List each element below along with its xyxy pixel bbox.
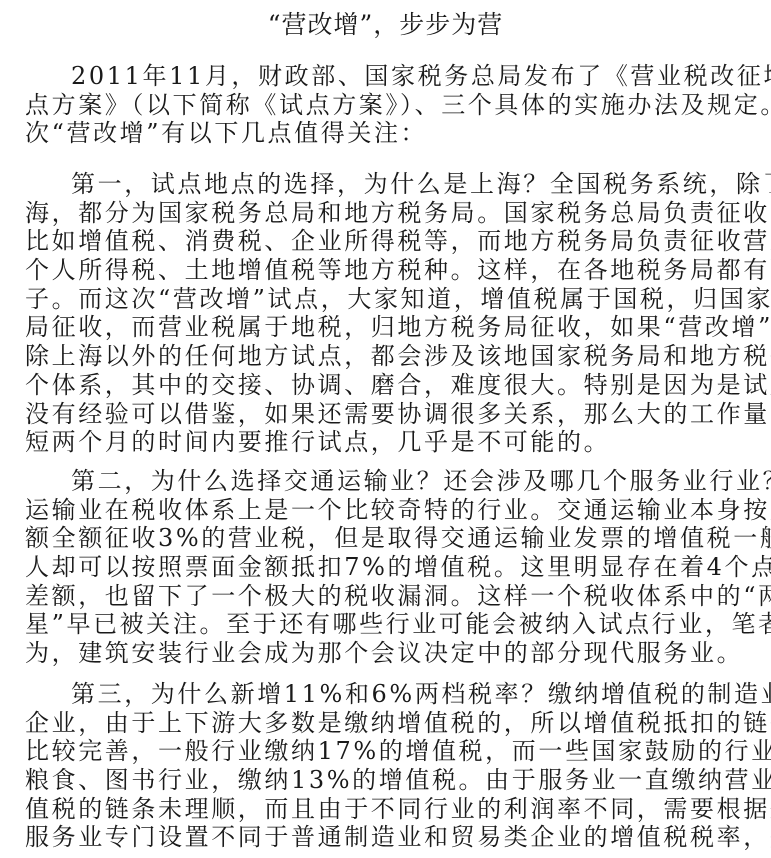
text-line: 人却可以按照票面金额抵扣7%的增值税。这里明显存在着4个点的税率 <box>25 553 745 582</box>
text-line: 额全额征收3%的营业税，但是取得交通运输业发票的增值税一般纳税 <box>25 524 745 553</box>
text-line: 第三，为什么新增11%和6%两档税率？缴纳增值税的制造业和贸易 <box>25 680 745 709</box>
text-line: 服务业专门设置不同于普通制造业和贸易类企业的增值税税率，并且根 <box>25 823 745 852</box>
text-line: 2011年11月，财政部、国家税务总局发布了《营业税改征增值税试 <box>25 62 745 91</box>
text-line: 星”早已被关注。至于还有哪些行业可能会被纳入试点行业，笔者以 <box>25 610 745 639</box>
text-line: 点方案》（以下简称《试点方案》）、三个具体的实施办法及规定。这 <box>25 91 745 120</box>
text-line: 个体系，其中的交接、协调、磨合，难度很大。特别是因为是试点，并 <box>25 371 745 400</box>
paragraph-point-2: 第二，为什么选择交通运输业？还会涉及哪几个服务业行业？交通 运输业在税收体系上是… <box>25 467 745 668</box>
paragraph-point-3: 第三，为什么新增11%和6%两档税率？缴纳增值税的制造业和贸易 企业，由于上下游… <box>25 680 745 852</box>
text-line: 运输业在税收体系上是一个比较奇特的行业。交通运输业本身按照营业 <box>25 496 745 525</box>
text-line: 粮食、图书行业，缴纳13%的增值税。由于服务业一直缴纳营业税，增 <box>25 766 745 795</box>
text-line: 企业，由于上下游大多数是缴纳增值税的，所以增值税抵扣的链条已经 <box>25 709 745 738</box>
text-line: 短两个月的时间内要推行试点，几乎是不可能的。 <box>25 428 745 457</box>
text-line: 第二，为什么选择交通运输业？还会涉及哪几个服务业行业？交通 <box>25 467 745 496</box>
paragraph-point-1: 第一，试点地点的选择，为什么是上海？全国税务系统，除了上 海，都分为国家税务总局… <box>25 170 745 457</box>
text-line: 为，建筑安装行业会成为那个会议决定中的部分现代服务业。 <box>25 639 745 668</box>
text-line: 除上海以外的任何地方试点，都会涉及该地国家税务局和地方税务局两 <box>25 342 745 371</box>
text-line: 子。而这次“营改增”试点，大家知道，增值税属于国税，归国家税务总 <box>25 285 745 314</box>
text-line: 第一，试点地点的选择，为什么是上海？全国税务系统，除了上 <box>25 170 745 199</box>
text-line: 值税的链条未理顺，而且由于不同行业的利润率不同，需要根据生产性 <box>25 795 745 824</box>
document-title: “营改增”，步步为营 <box>0 8 771 42</box>
text-line: 比如增值税、消费税、企业所得税等，而地方税务局负责征收营业税、 <box>25 227 745 256</box>
text-line: 海，都分为国家税务总局和地方税务局。国家税务总局负责征收国税， <box>25 199 745 228</box>
text-line: 个人所得税、土地增值税等地方税种。这样，在各地税务局都有两套班 <box>25 256 745 285</box>
text-line: 比较完善，一般行业缴纳17%的增值税，而一些国家鼓励的行业，比如 <box>25 737 745 766</box>
text-line: 局征收，而营业税属于地税，归地方税务局征收，如果“营改增”试点在 <box>25 313 745 342</box>
paragraph-intro: 2011年11月，财政部、国家税务总局发布了《营业税改征增值税试 点方案》（以下… <box>25 62 745 148</box>
text-line: 没有经验可以借鉴，如果还需要协调很多关系，那么大的工作量，在短 <box>25 400 745 429</box>
text-line: 差额，也留下了一个极大的税收漏洞。这样一个税收体系中的“两栖明 <box>25 582 745 611</box>
text-line: 次“营改增”有以下几点值得关注： <box>25 119 745 148</box>
